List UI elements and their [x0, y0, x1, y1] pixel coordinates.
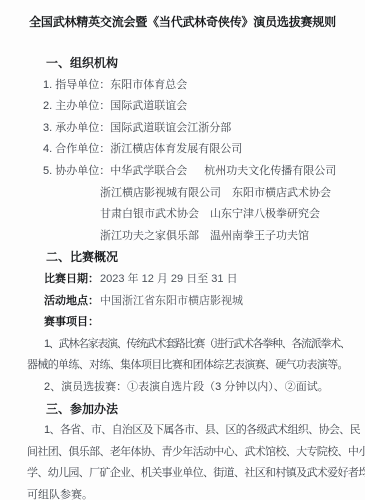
coorganizer-partner: 杭州功夫文化传播有限公司 [204, 165, 336, 177]
event-item-1-line-2: 器械的单练、对练、集体项目比赛和团体综艺表演赛、硬气功表演等。 [27, 355, 365, 377]
co-organizer-row: 浙江功夫之家俱乐部温州南拳王子功夫馆 [100, 226, 365, 248]
document-page: 全国武林精英交流会暨《当代武林奇侠传》演员选拔赛规则 一、组织机构 1. 指导单… [0, 0, 365, 500]
section-heading-overview: 二、比赛概况 [46, 247, 365, 269]
section-heading-organization: 一、组织机构 [46, 53, 365, 75]
org-item-coorganizer: 5. 协办单位：中华武学联合会杭州功夫文化传播有限公司 [43, 161, 365, 183]
participation-line-4: 可组队参赛。 [27, 485, 365, 500]
event-item-2: 2、演员选拔赛：①表演自选片段（3 分钟以内）、②面试。 [44, 377, 365, 399]
co-organizer-name: 温州南拳王子功夫馆 [210, 230, 309, 242]
co-organizer-name: 东阳市横店武术协会 [232, 187, 331, 199]
events-label: 赛事项目： [44, 316, 99, 328]
venue-label: 活动地点： [44, 295, 99, 307]
participation-line-2: 间社团、俱乐部、老年体协、青少年活动中心、武术馆校、大专院校、中小 [27, 442, 365, 464]
coorganizer-label: 5. 协办单位：中华武学联合会 [43, 165, 187, 177]
co-organizer-row: 甘肃白银市武术协会山东宁津八极拳研究会 [100, 204, 365, 226]
section-heading-participation: 三、参加办法 [46, 399, 365, 421]
event-item-1-line-1: 1、武林名家表演、传统武术套路比赛（进行武术各拳种、各流派拳术、 [44, 334, 365, 356]
org-item-host: 2. 主办单位：国际武道联谊会 [43, 96, 365, 118]
org-item-organizer: 3. 承办单位：国际武道联谊会江浙分部 [43, 118, 365, 140]
co-organizer-row: 浙江横店影视城有限公司东阳市横店武术协会 [100, 183, 365, 205]
date-line: 比赛日期：2023 年 12 月 29 日至 31 日 [44, 269, 365, 291]
co-organizer-name: 山东宁津八极拳研究会 [210, 208, 320, 220]
org-item-guidance: 1. 指导单位：东阳市体育总会 [43, 75, 365, 97]
participation-line-3: 学、幼儿园、厂矿企业、机关事业单位、街道、社区和村镇及武术爱好者均 [27, 463, 365, 485]
document-title: 全国武林精英交流会暨《当代武林奇侠传》演员选拔赛规则 [0, 14, 365, 30]
co-organizer-name: 浙江功夫之家俱乐部 [100, 230, 199, 242]
co-organizer-name: 甘肃白银市武术协会 [100, 208, 199, 220]
venue-value: 中国浙江省东阳市横店影视城 [100, 295, 243, 307]
venue-line: 活动地点：中国浙江省东阳市横店影视城 [44, 291, 365, 313]
org-item-partner: 4. 合作单位：浙江横店体育发展有限公司 [43, 139, 365, 161]
events-label-line: 赛事项目： [44, 312, 365, 334]
co-organizer-name: 浙江横店影视城有限公司 [100, 187, 221, 199]
date-label: 比赛日期： [44, 273, 99, 285]
participation-line-1: 1、各省、市、自治区及下属各市、县、区的各级武术组织、协会、民 [44, 420, 365, 442]
date-value: 2023 年 12 月 29 日至 31 日 [100, 273, 238, 285]
